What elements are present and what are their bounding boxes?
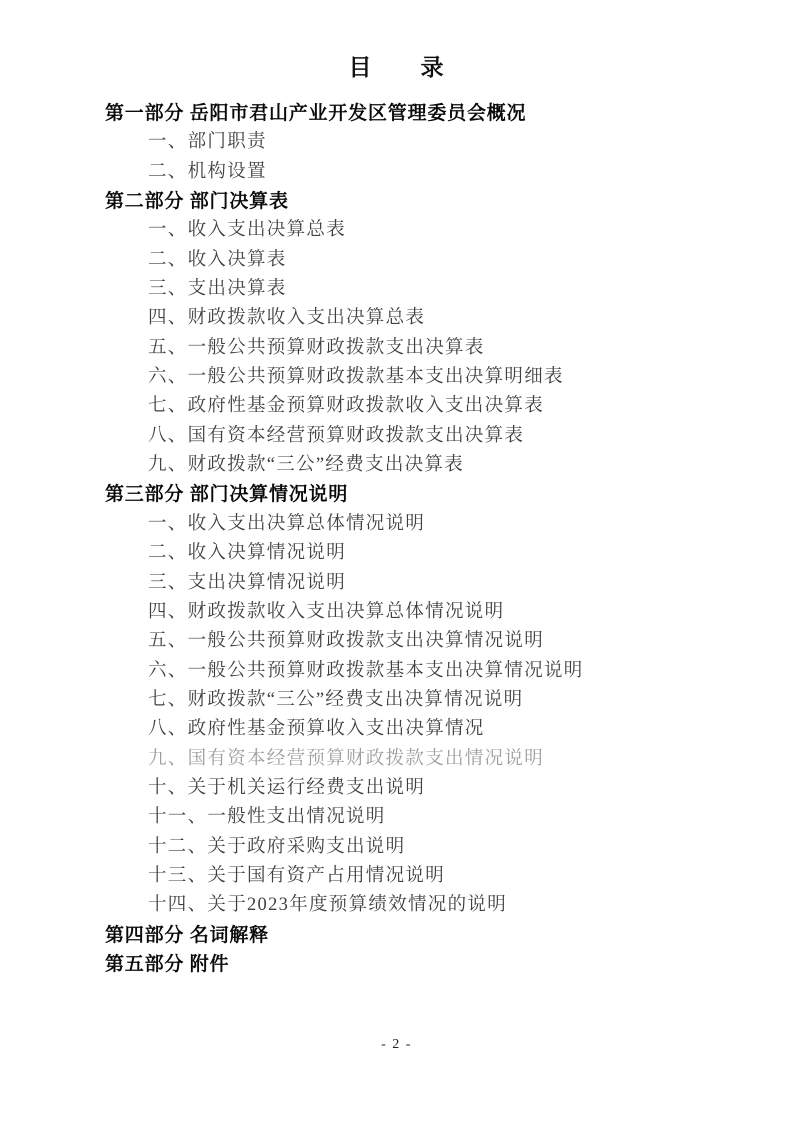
toc-item: 十一、一般性支出情况说明: [0, 803, 793, 832]
toc-item: 八、政府性基金预算收入支出决算情况: [0, 715, 793, 744]
toc-item: 十二、关于政府采购支出说明: [0, 833, 793, 862]
toc-item: 三、支出决算表: [0, 275, 793, 304]
toc-item: 七、政府性基金预算财政拨款收入支出决算表: [0, 392, 793, 421]
toc-item: 十三、关于国有资产占用情况说明: [0, 862, 793, 891]
toc-item: 九、国有资本经营预算财政拨款支出情况说明: [0, 745, 793, 774]
toc-item: 四、财政拨款收入支出决算总表: [0, 304, 793, 333]
toc-item: 二、机构设置: [0, 158, 793, 187]
toc-section-heading: 第三部分 部门决算情况说明: [0, 480, 793, 509]
toc-item: 二、收入决算情况说明: [0, 539, 793, 568]
toc-item: 九、财政拨款“三公”经费支出决算表: [0, 451, 793, 480]
toc-item: 六、一般公共预算财政拨款基本支出决算情况说明: [0, 657, 793, 686]
toc-item: 三、支出决算情况说明: [0, 569, 793, 598]
page-title: 目 录: [0, 53, 793, 83]
toc-section-heading: 第一部分 岳阳市君山产业开发区管理委员会概况: [0, 99, 793, 128]
toc-item: 一、部门职责: [0, 128, 793, 157]
toc-item: 一、收入支出决算总体情况说明: [0, 510, 793, 539]
toc-item: 十四、关于2023年度预算绩效情况的说明: [0, 891, 793, 920]
toc-item: 六、一般公共预算财政拨款基本支出决算明细表: [0, 363, 793, 392]
page-number: - 2 -: [0, 1036, 793, 1054]
table-of-contents: 第一部分 岳阳市君山产业开发区管理委员会概况一、部门职责二、机构设置第二部分 部…: [0, 99, 793, 979]
document-page: 目 录 第一部分 岳阳市君山产业开发区管理委员会概况一、部门职责二、机构设置第二…: [0, 0, 793, 1122]
toc-section-heading: 第二部分 部门决算表: [0, 187, 793, 216]
toc-item: 五、一般公共预算财政拨款支出决算情况说明: [0, 627, 793, 656]
toc-item: 五、一般公共预算财政拨款支出决算表: [0, 334, 793, 363]
toc-item: 十、关于机关运行经费支出说明: [0, 774, 793, 803]
toc-item: 八、国有资本经营预算财政拨款支出决算表: [0, 422, 793, 451]
toc-section-heading: 第五部分 附件: [0, 950, 793, 979]
toc-item: 七、财政拨款“三公”经费支出决算情况说明: [0, 686, 793, 715]
toc-item: 二、收入决算表: [0, 246, 793, 275]
toc-item: 四、财政拨款收入支出决算总体情况说明: [0, 598, 793, 627]
toc-section-heading: 第四部分 名词解释: [0, 921, 793, 950]
toc-item: 一、收入支出决算总表: [0, 216, 793, 245]
